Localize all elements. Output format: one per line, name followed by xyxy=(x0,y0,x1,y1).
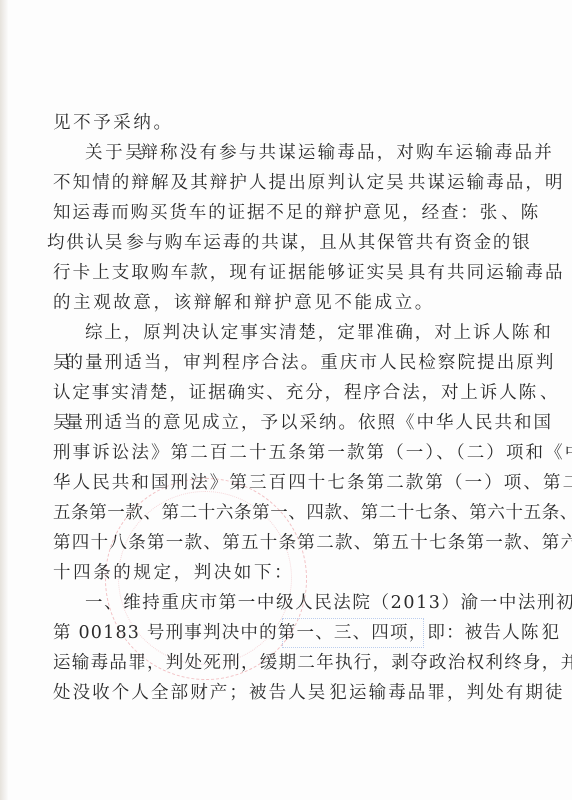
text-segment: 知运毒而购买货车的证据不足的辩护意见，经查：张 xyxy=(53,198,499,228)
text-segment: 第四十八条第一款、第五十条第二款、第五十七条第一款、第六 xyxy=(53,528,572,558)
text-segment: 共谋运输毒品，明 xyxy=(408,168,565,198)
text-line: 知运毒而购买货车的证据不足的辩护意见，经查：张 、陈 xyxy=(53,198,445,228)
text-segment: 犯运输毒品罪，判处有期徒 xyxy=(329,678,564,708)
text-segment: 和 xyxy=(533,318,551,348)
text-line: 认定事实清楚，证据确实、充分，程序合法，对上诉人陈 、 xyxy=(53,378,445,408)
text-segment: 综上，原判决认定事实清楚，定罪准确，对上诉人陈 xyxy=(85,318,531,348)
text-segment: 十四条的规定，判决如下： xyxy=(53,558,294,588)
text-segment: 参与购车运毒的共谋，且从其保管共有资金的银 xyxy=(126,228,531,258)
text-line: 十四条的规定，判决如下： xyxy=(53,558,445,588)
text-segment: 犯 xyxy=(542,618,560,648)
text-line: 吴 量刑适当的意见成立，予以采纳。依照《中华人民共和国 xyxy=(53,408,445,438)
text-line: 行卡上支取购车款，现有证据能够证实吴 具有共同运输毒品 xyxy=(53,258,445,288)
text-line-spacer xyxy=(53,626,445,656)
document-page: 见不予采纳。 关于吴 辩称没有参与共谋运输毒品，对购车运输毒品并 不知情的辩解及… xyxy=(0,0,572,800)
text-line: 不知情的辩解及其辩护人提出原判认定吴 共谋运输毒品，明 xyxy=(53,168,445,198)
text-line: 吴 的量刑适当，审判程序合法。重庆市人民检察院提出原判 xyxy=(53,348,445,378)
text-line: 均供认吴 参与购车运毒的共谋，且从其保管共有资金的银 xyxy=(45,228,445,258)
text-line: 第四十八条第一款、第五十条第二款、第五十七条第一款、第六 xyxy=(53,528,445,558)
text-segment: 的主观故意，该辩解和辩护意见不能成立。 xyxy=(53,288,435,318)
text-line: 刑事诉讼法》第二百二十五条第一款第（一）、（二）项和《中 xyxy=(53,438,445,468)
text-segment: 具有共同运输毒品 xyxy=(408,258,565,288)
text-segment: 均供认吴 xyxy=(47,228,124,258)
text-segment: 行卡上支取购车款，现有证据能够证实吴 xyxy=(53,258,406,288)
text-segment: 华人民共和国刑法》第三百四十七条第二款第（一）项、第二十 xyxy=(53,468,572,498)
text-line: 的主观故意，该辩解和辩护意见不能成立。 xyxy=(53,288,445,318)
text-segment: 五条第一款、第二十六条第一、四款、第二十七条、第六十五条、 xyxy=(53,498,572,528)
text-line: 一、维持重庆市第一中级人民法院（2013）渝一中法刑初字 xyxy=(85,588,445,618)
text-segment: 、陈 xyxy=(501,198,540,228)
text-segment: 、 xyxy=(540,378,558,408)
text-segment: 一、维持重庆市第一中级人民法院（2013）渝一中法刑初字 xyxy=(85,588,572,618)
text-segment: 辩称没有参与共谋运输毒品，对购车运输毒品并 xyxy=(140,138,554,168)
text-line: 关于吴 辩称没有参与共谋运输毒品，对购车运输毒品并 xyxy=(85,138,445,168)
text-line: 华人民共和国刑法》第三百四十七条第二款第（一）项、第二十 xyxy=(53,468,445,498)
text-segment: 不知情的辩解及其辩护人提出原判认定吴 xyxy=(53,168,406,198)
text-segment: 认定事实清楚，证据确实、充分，程序合法，对上诉人陈 xyxy=(53,378,538,408)
text-segment: 量刑适当的意见成立，予以采纳。依照《中华人民共和国 xyxy=(66,408,554,438)
text-segment: 见不予采纳。 xyxy=(53,108,174,138)
text-segment: 刑事诉讼法》第二百二十五条第一款第（一）、（二）项和《中 xyxy=(53,438,572,468)
text-line: 处没收个人全部财产；被告人吴 犯运输毒品罪，判处有期徒 xyxy=(53,678,445,708)
text-segment: 处没收个人全部财产；被告人吴 xyxy=(53,678,327,708)
text-line: 五条第一款、第二十六条第一、四款、第二十七条、第六十五条、 xyxy=(53,498,445,528)
text-line: 综上，原判决认定事实清楚，定罪准确，对上诉人陈 和 xyxy=(85,318,445,348)
text-line: 见不予采纳。 xyxy=(53,108,445,138)
text-segment: 的量刑适当，审判程序合法。重庆市人民检察院提出原判 xyxy=(66,348,556,378)
text-segment: 关于吴 xyxy=(85,138,145,168)
scan-edge-shadow xyxy=(0,0,8,800)
